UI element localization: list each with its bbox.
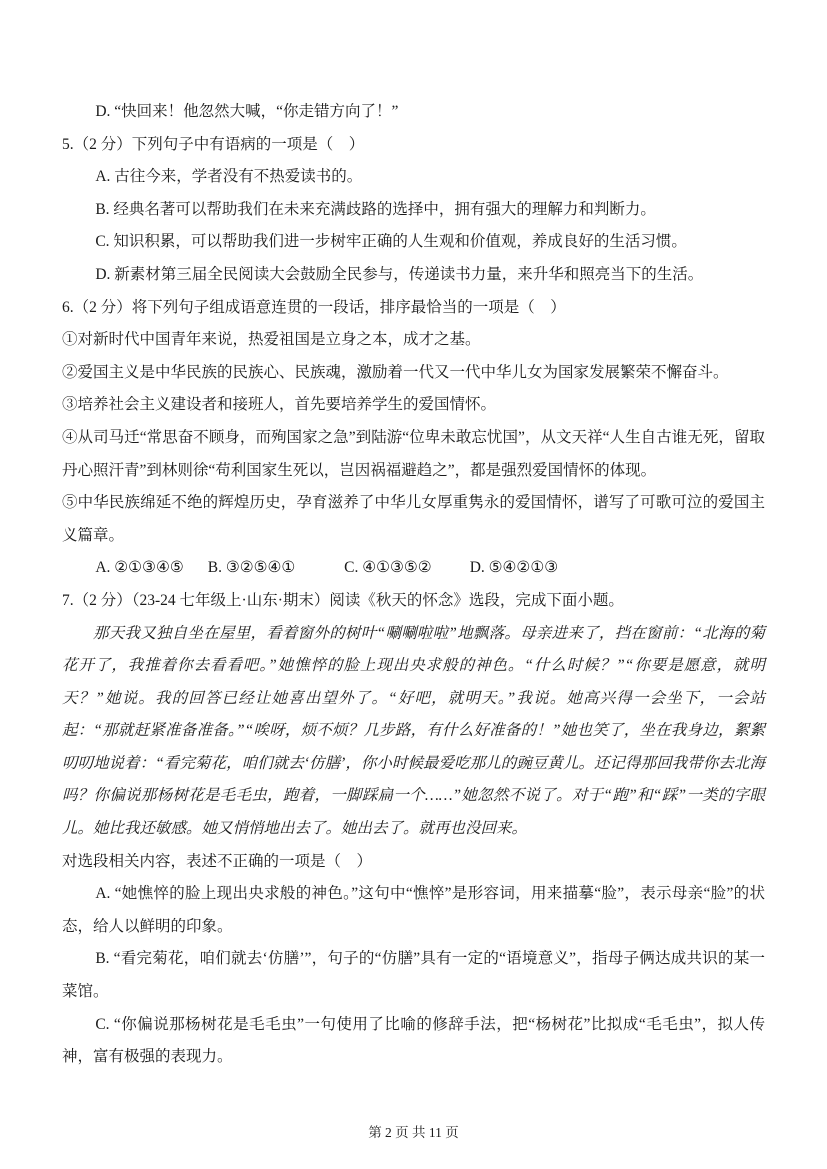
q7-reading-passage: 那天我又独自坐在屋里，看着窗外的树叶“唰唰啦啦”地飘落。母亲进来了，挡在窗前：“… xyxy=(62,618,765,846)
exam-content: D. “快回来！他忽然大喊，“你走错方向了！” 5.（2 分）下列句子中有语病的… xyxy=(62,96,765,1074)
q6-sentence-2: ②爱国主义是中华民族的民族心、民族魂，激励着一代又一代中华儿女为国家发展繁荣不懈… xyxy=(62,357,765,390)
q6-sentence-1: ①对新时代中国青年来说，热爱祖国是立身之本，成才之基。 xyxy=(62,324,765,357)
q6-answer-option-a: A. ②①③④⑤ xyxy=(95,552,183,585)
q6-sentence-3: ③培养社会主义建设者和接班人，首先要培养学生的爱国情怀。 xyxy=(62,389,765,422)
q5-option-c: C. 知识积累，可以帮助我们进一步树牢正确的人生观和价值观，养成良好的生活习惯。 xyxy=(62,226,765,259)
q5-option-a: A. 古往今来，学者没有不热爱读书的。 xyxy=(62,161,765,194)
q5-option-b: B. 经典名著可以帮助我们在未来充满歧路的选择中，拥有强大的理解力和判断力。 xyxy=(62,194,765,227)
page-indicator: 第 2 页 共 11 页 xyxy=(368,1125,459,1140)
q7-option-b: B. “看完菊花，咱们就去‘仿膳’”，句子的“仿膳”具有一定的“语境意义”，指母… xyxy=(62,943,765,1008)
q6-sentence-4: ④从司马迁“常思奋不顾身，而殉国家之急”到陆游“位卑未敢忘忧国”，从文天祥“人生… xyxy=(62,422,765,487)
q7-option-c: C. “你偏说那杨树花是毛毛虫”一句使用了比喻的修辞手法，把“杨树花”比拟成“毛… xyxy=(62,1009,765,1074)
q5-stem: 5.（2 分）下列句子中有语病的一项是（ ） xyxy=(62,129,765,162)
prev-question-option-d: D. “快回来！他忽然大喊，“你走错方向了！” xyxy=(62,96,765,129)
q7-sub-stem: 对选段相关内容，表述不正确的一项是（ ） xyxy=(62,846,765,879)
exam-page: D. “快回来！他忽然大喊，“你走错方向了！” 5.（2 分）下列句子中有语病的… xyxy=(0,0,827,1169)
q6-answer-row: A. ②①③④⑤ B. ③②⑤④① C. ④①③⑤② D. ⑤④②①③ xyxy=(62,552,765,585)
q6-answer-option-c: C. ④①③⑤② xyxy=(344,552,432,585)
q7-option-a: A. “她憔悴的脸上现出央求般的神色。”这句中“憔悴”是形容词，用来描摹“脸”，… xyxy=(62,878,765,943)
q7-stem: 7.（2 分）（23-24 七年级上·山东·期末）阅读《秋天的怀念》选段，完成下… xyxy=(62,585,765,618)
q6-stem: 6.（2 分）将下列句子组成语意连贯的一段话，排序最恰当的一项是（ ） xyxy=(62,292,765,325)
q5-option-d: D. 新素材第三届全民阅读大会鼓励全民参与，传递读书力量，来升华和照亮当下的生活… xyxy=(62,259,765,292)
q6-sentence-5: ⑤中华民族绵延不绝的辉煌历史，孕育滋养了中华儿女厚重隽永的爱国情怀，谱写了可歌可… xyxy=(62,487,765,552)
q6-answer-option-b: B. ③②⑤④① xyxy=(208,552,296,585)
page-footer: 第 2 页 共 11 页 xyxy=(0,1124,827,1142)
q6-answer-option-d: D. ⑤④②①③ xyxy=(470,552,558,585)
